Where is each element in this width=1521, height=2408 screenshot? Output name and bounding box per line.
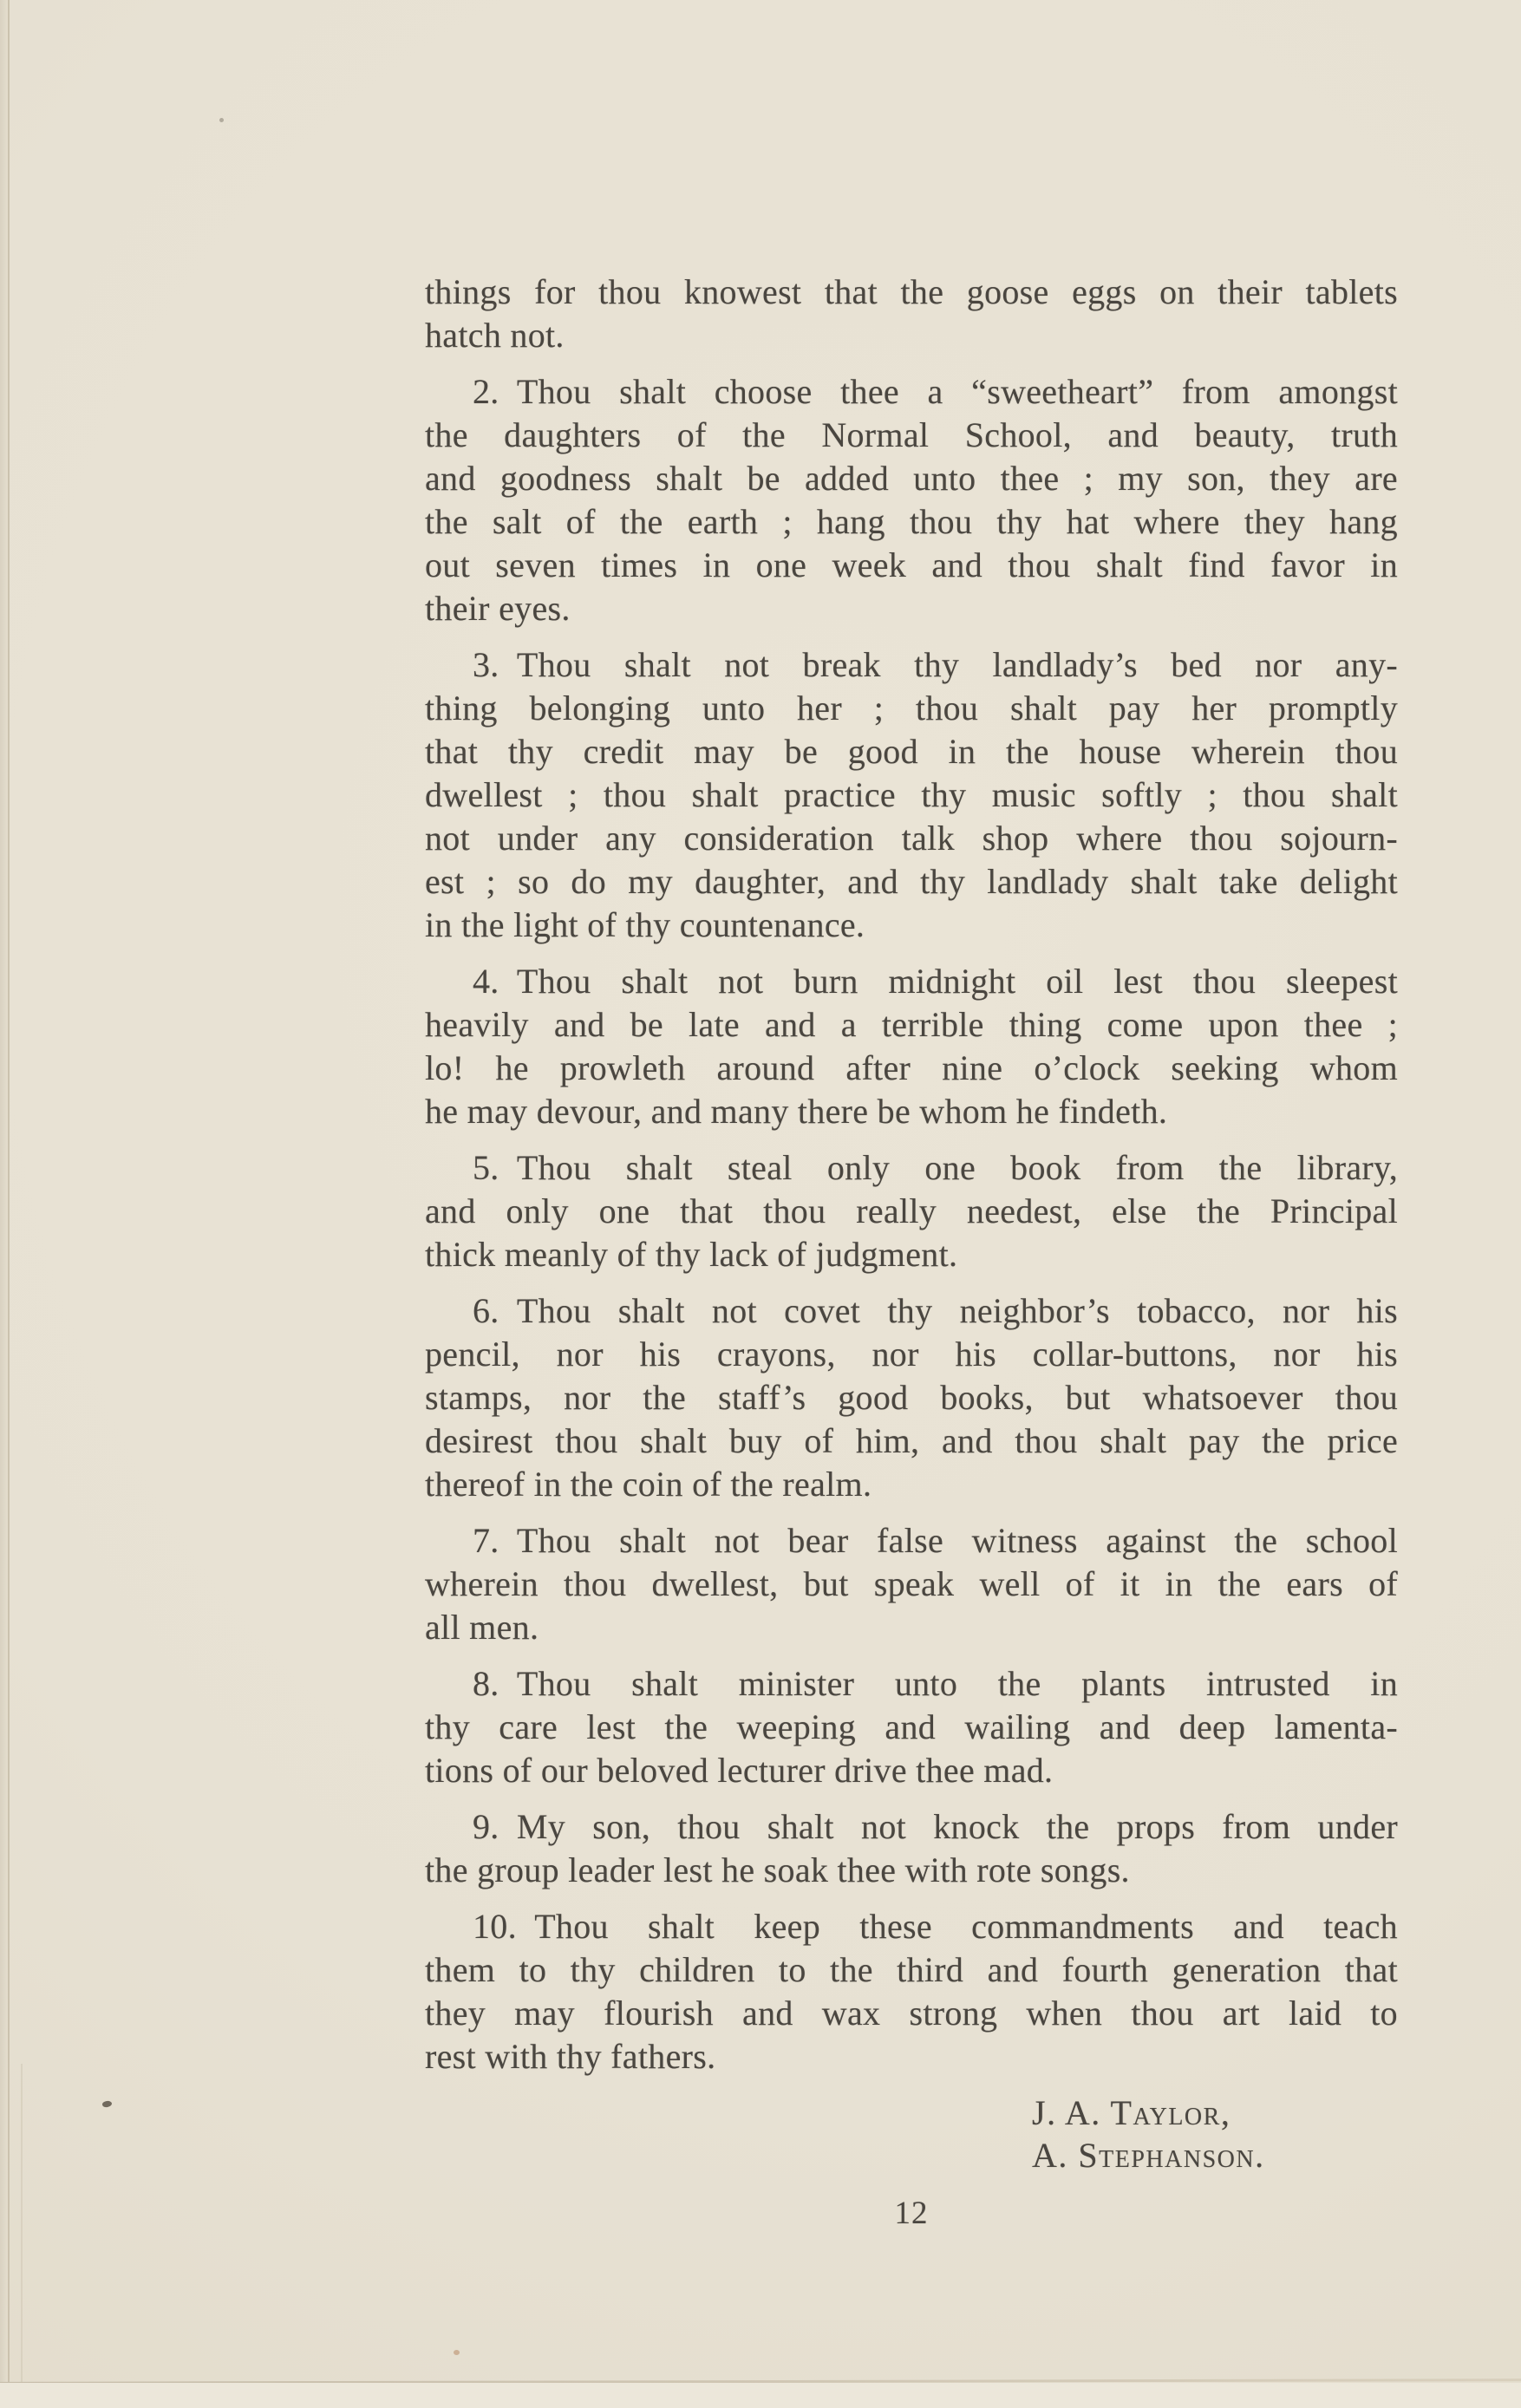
paragraph-5: 5. Thou shalt steal only one book from t…: [425, 1146, 1398, 1276]
signature-line-2: A. Stephanson.: [1032, 2134, 1398, 2176]
scan-speck-3: [454, 2350, 460, 2355]
paragraph-8-body: 8. Thou shalt minister unto the plants i…: [425, 1662, 1398, 1749]
paragraph-5-last: thick meanly of thy lack of judgment.: [425, 1233, 1398, 1276]
paragraph-3-body: 3. Thou shalt not break thy landlady’s b…: [425, 643, 1398, 904]
paragraph-10-last: rest with thy fathers.: [425, 2035, 1398, 2078]
paragraph-4: 4. Thou shalt not burn midnight oil lest…: [425, 960, 1398, 1133]
paragraph-1: things for thou knowest that the goose e…: [425, 271, 1398, 357]
paragraph-1-last: hatch not.: [425, 314, 1398, 357]
text-block: things for thou knowest that the goose e…: [425, 271, 1398, 2235]
paragraph-8-last: tions of our beloved lecturer drive thee…: [425, 1749, 1398, 1792]
paragraph-6-last: thereof in the coin of the realm.: [425, 1463, 1398, 1506]
paragraph-9-body: 9. My son, thou shalt not knock the prop…: [425, 1805, 1398, 1849]
book-page: things for thou knowest that the goose e…: [0, 0, 1521, 2408]
paragraph-6: 6. Thou shalt not covet thy neighbor’s t…: [425, 1289, 1398, 1506]
paragraph-10: 10. Thou shalt keep these commandments a…: [425, 1905, 1398, 2078]
scan-speck-1: [101, 2100, 112, 2108]
paragraph-4-body: 4. Thou shalt not burn midnight oil lest…: [425, 960, 1398, 1090]
paragraph-2-last: their eyes.: [425, 587, 1398, 630]
paragraph-3-last: in the light of thy countenance.: [425, 904, 1398, 947]
paragraph-5-body: 5. Thou shalt steal only one book from t…: [425, 1146, 1398, 1233]
paragraph-10-body: 10. Thou shalt keep these commandments a…: [425, 1905, 1398, 2035]
signature-line-1: J. A. Taylor,: [1032, 2092, 1398, 2134]
page-left-edge: [0, 0, 10, 2408]
paragraph-7-body: 7. Thou shalt not bear false witness aga…: [425, 1519, 1398, 1606]
paragraph-6-body: 6. Thou shalt not covet thy neighbor’s t…: [425, 1289, 1398, 1463]
signature-block: J. A. Taylor, A. Stephanson.: [1032, 2092, 1398, 2176]
paragraph-1-body: things for thou knowest that the goose e…: [425, 271, 1398, 314]
paragraph-2: 2. Thou shalt choose thee a “sweetheart”…: [425, 370, 1398, 630]
next-page-strip: [0, 2383, 1521, 2408]
paragraph-3: 3. Thou shalt not break thy landlady’s b…: [425, 643, 1398, 947]
paragraph-9: 9. My son, thou shalt not knock the prop…: [425, 1805, 1398, 1892]
scan-speck-2: [219, 118, 224, 122]
paragraph-4-last: he may devour, and many there be whom he…: [425, 1090, 1398, 1133]
paragraph-7-last: all men.: [425, 1606, 1398, 1649]
paragraph-9-last: the group leader lest he soak thee with …: [425, 1849, 1398, 1892]
paragraph-8: 8. Thou shalt minister unto the plants i…: [425, 1662, 1398, 1792]
page-number: 12: [425, 2192, 1398, 2235]
page-left-edge-lower: [21, 2064, 23, 2383]
paragraph-2-body: 2. Thou shalt choose thee a “sweetheart”…: [425, 370, 1398, 587]
paragraph-7: 7. Thou shalt not bear false witness aga…: [425, 1519, 1398, 1649]
